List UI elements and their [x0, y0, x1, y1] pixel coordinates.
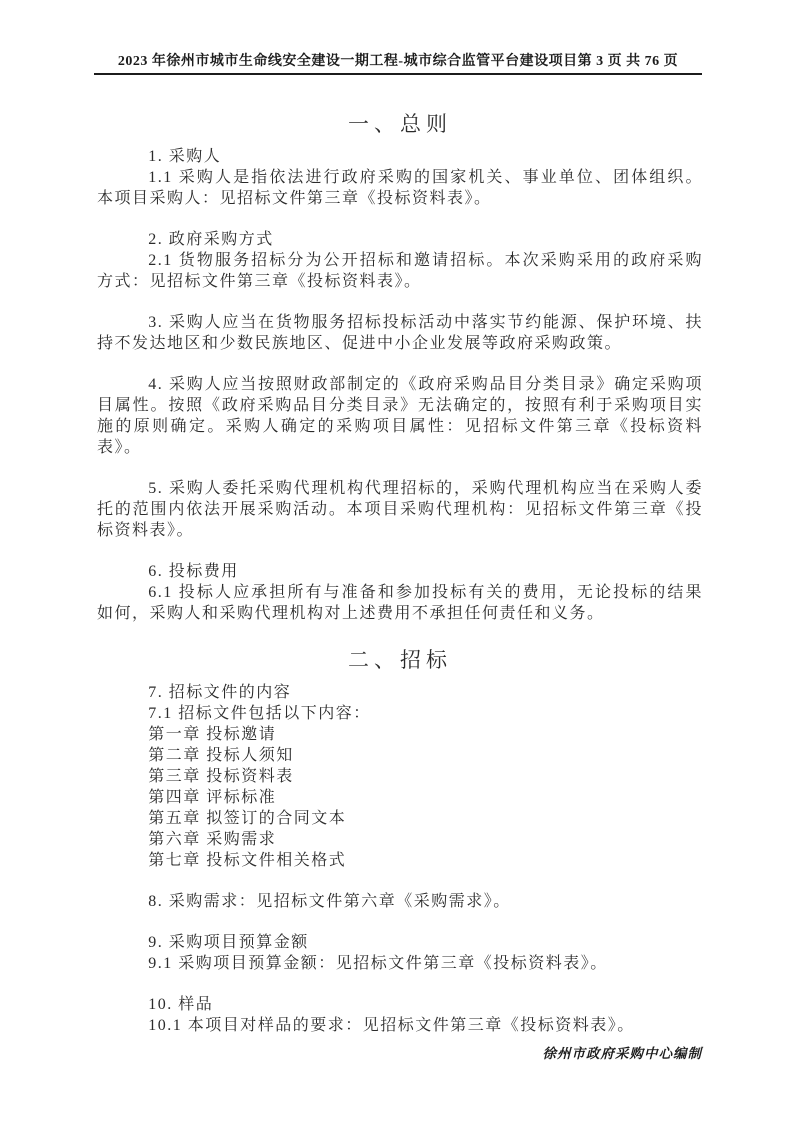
paragraph-1: 1. 采购人	[97, 146, 703, 167]
paragraph-1-1: 1.1 采购人是指依法进行政府采购的国家机关、事业单位、团体组织。本项目采购人：…	[97, 167, 703, 209]
chapter-item-3: 第三章 投标资料表	[97, 766, 703, 787]
paragraph-6-1: 6.1 投标人应承担所有与准备和参加投标有关的费用，无论投标的结果如何，采购人和…	[97, 582, 703, 624]
page-header: 2023 年徐州市城市生命线安全建设一期工程-城市综合监管平台建设项目第 3 页…	[94, 50, 702, 75]
paragraph-6: 6. 投标费用	[97, 561, 703, 582]
paragraph-7-1: 7.1 招标文件包括以下内容：	[97, 703, 703, 724]
paragraph-9: 9. 采购项目预算金额	[97, 932, 703, 953]
paragraph-2: 2. 政府采购方式	[97, 229, 703, 250]
paragraph-7: 7. 招标文件的内容	[97, 682, 703, 703]
paragraph-5: 5. 采购人委托采购代理机构代理招标的，采购代理机构应当在采购人委托的范围内依法…	[97, 478, 703, 541]
footer-text: 徐州市政府采购中心编制	[543, 1046, 703, 1061]
section-title-general-rules: 一、总则	[97, 110, 703, 138]
paragraph-10: 10. 样品	[97, 994, 703, 1015]
chapter-item-7: 第七章 投标文件相关格式	[97, 850, 703, 871]
chapter-item-6: 第六章 采购需求	[97, 829, 703, 850]
chapter-item-2: 第二章 投标人须知	[97, 745, 703, 766]
header-text: 2023 年徐州市城市生命线安全建设一期工程-城市综合监管平台建设项目第 3 页…	[118, 54, 678, 69]
page-footer: 徐州市政府采购中心编制	[543, 1042, 703, 1062]
paragraph-2-1: 2.1 货物服务招标分为公开招标和邀请招标。本次采购采用的政府采购方式：见招标文…	[97, 250, 703, 292]
paragraph-8: 8. 采购需求：见招标文件第六章《采购需求》。	[97, 891, 703, 912]
chapter-item-1: 第一章 投标邀请	[97, 724, 703, 745]
paragraph-4: 4. 采购人应当按照财政部制定的《政府采购品目分类目录》确定采购项目属性。按照《…	[97, 374, 703, 458]
chapter-item-5: 第五章 拟签订的合同文本	[97, 808, 703, 829]
document-body: 一、总则 1. 采购人 1.1 采购人是指依法进行政府采购的国家机关、事业单位、…	[97, 98, 703, 1036]
paragraph-10-1: 10.1 本项目对样品的要求：见招标文件第三章《投标资料表》。	[97, 1015, 703, 1036]
paragraph-9-1: 9.1 采购项目预算金额：见招标文件第三章《投标资料表》。	[97, 953, 703, 974]
document-page: 2023 年徐州市城市生命线安全建设一期工程-城市综合监管平台建设项目第 3 页…	[0, 0, 793, 1122]
paragraph-3: 3. 采购人应当在货物服务招标投标活动中落实节约能源、保护环境、扶持不发达地区和…	[97, 312, 703, 354]
section-title-tendering: 二、招标	[97, 646, 703, 674]
chapter-item-4: 第四章 评标标准	[97, 787, 703, 808]
